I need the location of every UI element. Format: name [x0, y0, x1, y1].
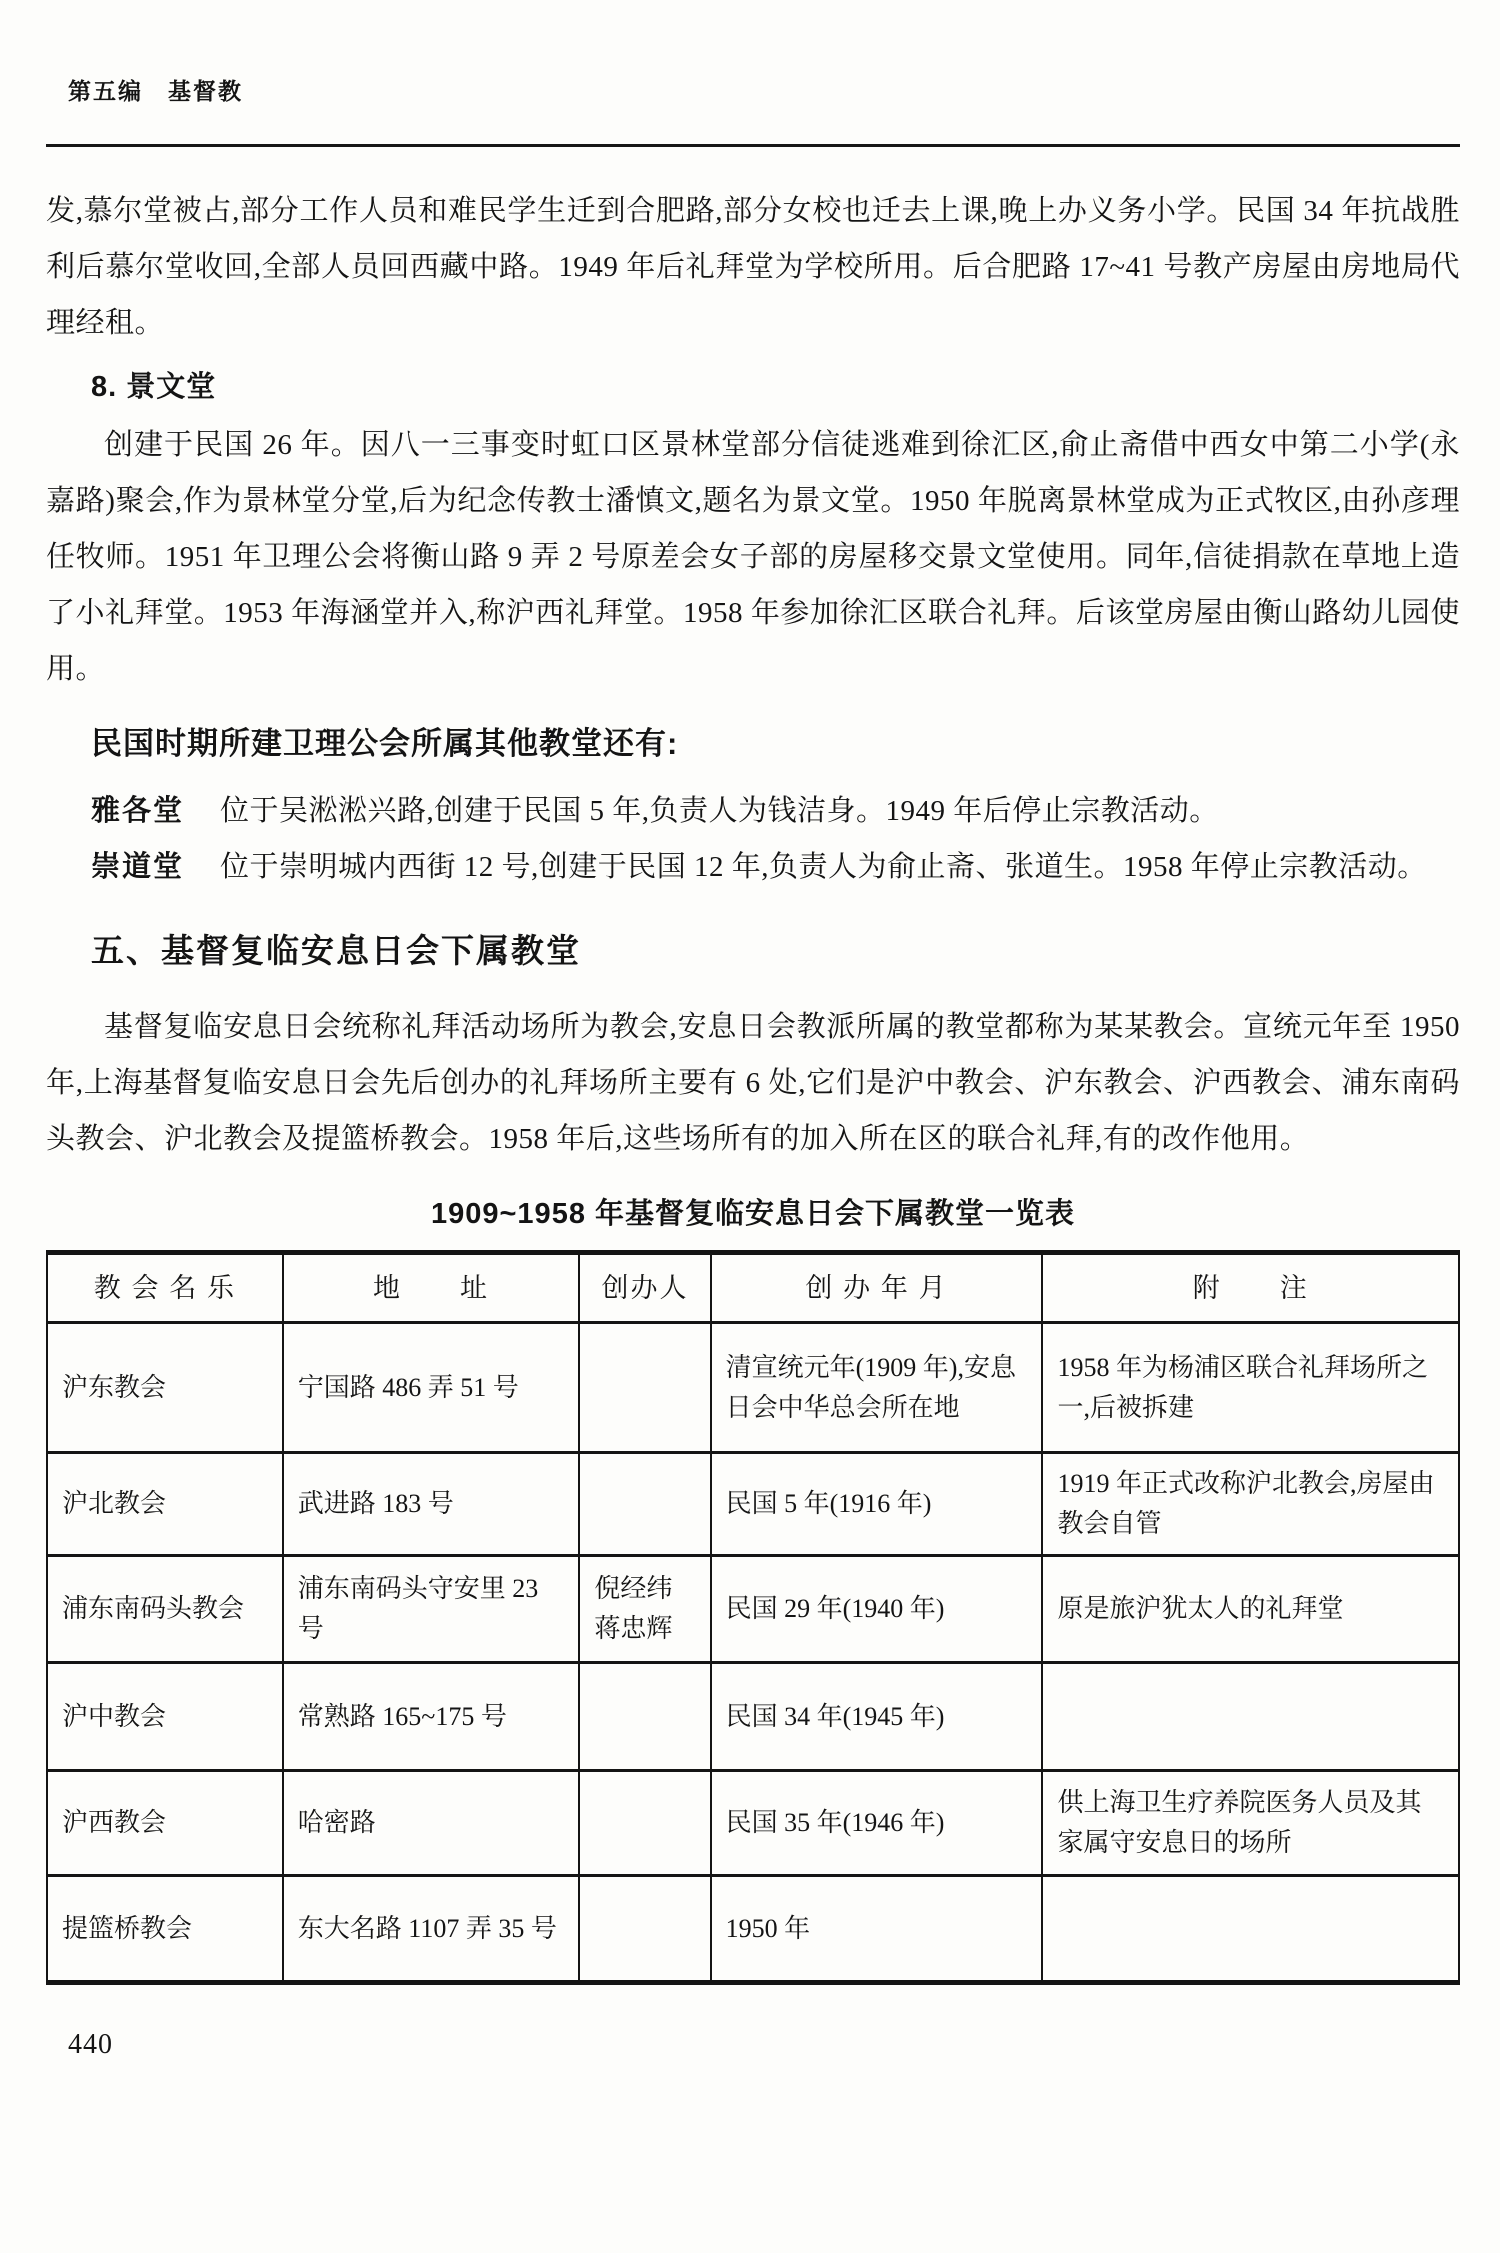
cell-founder — [579, 1876, 710, 1983]
cell-church-name: 沪东教会 — [47, 1323, 283, 1453]
cell-church-name: 沪中教会 — [47, 1663, 283, 1771]
cell-notes: 1958 年为杨浦区联合礼拜场所之一,后被拆建 — [1042, 1323, 1459, 1453]
cell-address: 浦东南码头守安里 23 号 — [283, 1556, 580, 1663]
cell-church-name: 提篮桥教会 — [47, 1876, 283, 1983]
cell-church-name: 浦东南码头教会 — [47, 1556, 283, 1663]
cell-founding-date: 清宣统元年(1909 年),安息日会中华总会所在地 — [711, 1323, 1043, 1453]
page-number: 440 — [68, 2029, 1460, 2061]
cell-founding-date: 民国 34 年(1945 年) — [711, 1663, 1043, 1771]
column-header-address: 地 址 — [283, 1253, 580, 1323]
cell-notes: 原是旅沪犹太人的礼拜堂 — [1042, 1556, 1459, 1663]
column-header-founder: 创办人 — [579, 1253, 710, 1323]
cell-founding-date: 民国 35 年(1946 年) — [711, 1771, 1043, 1876]
paragraph-jingwentang: 创建于民国 26 年。因八一三事变时虹口区景林堂部分信徒逃难到徐汇区,俞止斋借中… — [46, 417, 1460, 697]
cell-church-name: 沪西教会 — [47, 1771, 283, 1876]
cell-notes: 1919 年正式改称沪北教会,房屋由教会自管 — [1042, 1453, 1459, 1556]
cell-founder — [579, 1771, 710, 1876]
table-header-row: 教 会 名 乐 地 址 创办人 创 办 年 月 附 注 — [47, 1253, 1459, 1323]
running-header: 第五编 基督教 — [46, 78, 1460, 104]
cell-founder: 倪经纬 蒋忠辉 — [579, 1556, 710, 1663]
paragraph-adventist-overview: 基督复临安息日会统称礼拜活动场所为教会,安息日会教派所属的教堂都称为某某教会。宣… — [46, 999, 1460, 1167]
paragraph-chongdaotang-text: 位于崇明城内西街 12 号,创建于民国 12 年,负责人为俞止斋、张道生。195… — [220, 851, 1427, 883]
cell-founder — [579, 1453, 710, 1556]
table-row-tilanqiao: 提篮桥教会 东大名路 1107 弄 35 号 1950 年 — [47, 1876, 1459, 1983]
cell-founding-date: 民国 29 年(1940 年) — [711, 1556, 1043, 1663]
heading-jingwentang: 8. 景文堂 — [91, 365, 1460, 409]
cell-address: 东大名路 1107 弄 35 号 — [283, 1876, 580, 1983]
header-rule — [46, 144, 1460, 147]
heading-other-methodist-churches: 民国时期所建卫理公会所属其他教堂还有: — [91, 721, 1460, 767]
running-header-title: 第五编 基督教 — [68, 78, 243, 104]
book-page: 第五编 基督教 发,慕尔堂被占,部分工作人员和难民学生迁到合肥路,部分女校也迁去… — [0, 0, 1500, 2253]
cell-notes: 供上海卫生疗养院医务人员及其家属守安息日的场所 — [1042, 1771, 1459, 1876]
cell-address: 宁国路 486 弄 51 号 — [283, 1323, 580, 1453]
cell-notes — [1042, 1876, 1459, 1983]
paragraph-chongdaotang: 崇道堂位于崇明城内西街 12 号,创建于民国 12 年,负责人为俞止斋、张道生。… — [46, 839, 1460, 895]
church-name-yagetang: 雅各堂 — [91, 795, 184, 827]
cell-founding-date: 1950 年 — [711, 1876, 1043, 1983]
adventist-churches-table: 教 会 名 乐 地 址 创办人 创 办 年 月 附 注 沪东教会 宁国路 486… — [46, 1250, 1460, 1985]
table-row-huxi: 沪西教会 哈密路 民国 35 年(1946 年) 供上海卫生疗养院医务人员及其家… — [47, 1771, 1459, 1876]
cell-address: 武进路 183 号 — [283, 1453, 580, 1556]
cell-founder — [579, 1663, 710, 1771]
column-header-founding-date: 创 办 年 月 — [711, 1253, 1043, 1323]
church-name-chongdaotang: 崇道堂 — [91, 851, 184, 883]
table-title: 1909~1958 年基督复临安息日会下属教堂一览表 — [46, 1191, 1460, 1232]
table-row-huzhong: 沪中教会 常熟路 165~175 号 民国 34 年(1945 年) — [47, 1663, 1459, 1771]
cell-address: 常熟路 165~175 号 — [283, 1663, 580, 1771]
cell-church-name: 沪北教会 — [47, 1453, 283, 1556]
heading-section-five-adventist: 五、基督复临安息日会下属教堂 — [91, 927, 1460, 975]
paragraph-muertang: 发,慕尔堂被占,部分工作人员和难民学生迁到合肥路,部分女校也迁去上课,晚上办义务… — [46, 183, 1460, 351]
table-row-hudong: 沪东教会 宁国路 486 弄 51 号 清宣统元年(1909 年),安息日会中华… — [47, 1323, 1459, 1453]
cell-notes — [1042, 1663, 1459, 1771]
column-header-notes: 附 注 — [1042, 1253, 1459, 1323]
paragraph-yagetang-text: 位于吴淞淞兴路,创建于民国 5 年,负责人为钱洁身。1949 年后停止宗教活动。 — [220, 795, 1219, 827]
cell-address: 哈密路 — [283, 1771, 580, 1876]
column-header-church-name: 教 会 名 乐 — [47, 1253, 283, 1323]
table-row-hubei: 沪北教会 武进路 183 号 民国 5 年(1916 年) 1919 年正式改称… — [47, 1453, 1459, 1556]
paragraph-yagetang: 雅各堂位于吴淞淞兴路,创建于民国 5 年,负责人为钱洁身。1949 年后停止宗教… — [46, 783, 1460, 839]
cell-founder — [579, 1323, 710, 1453]
table-row-pudong-nanmatou: 浦东南码头教会 浦东南码头守安里 23 号 倪经纬 蒋忠辉 民国 29 年(19… — [47, 1556, 1459, 1663]
cell-founding-date: 民国 5 年(1916 年) — [711, 1453, 1043, 1556]
